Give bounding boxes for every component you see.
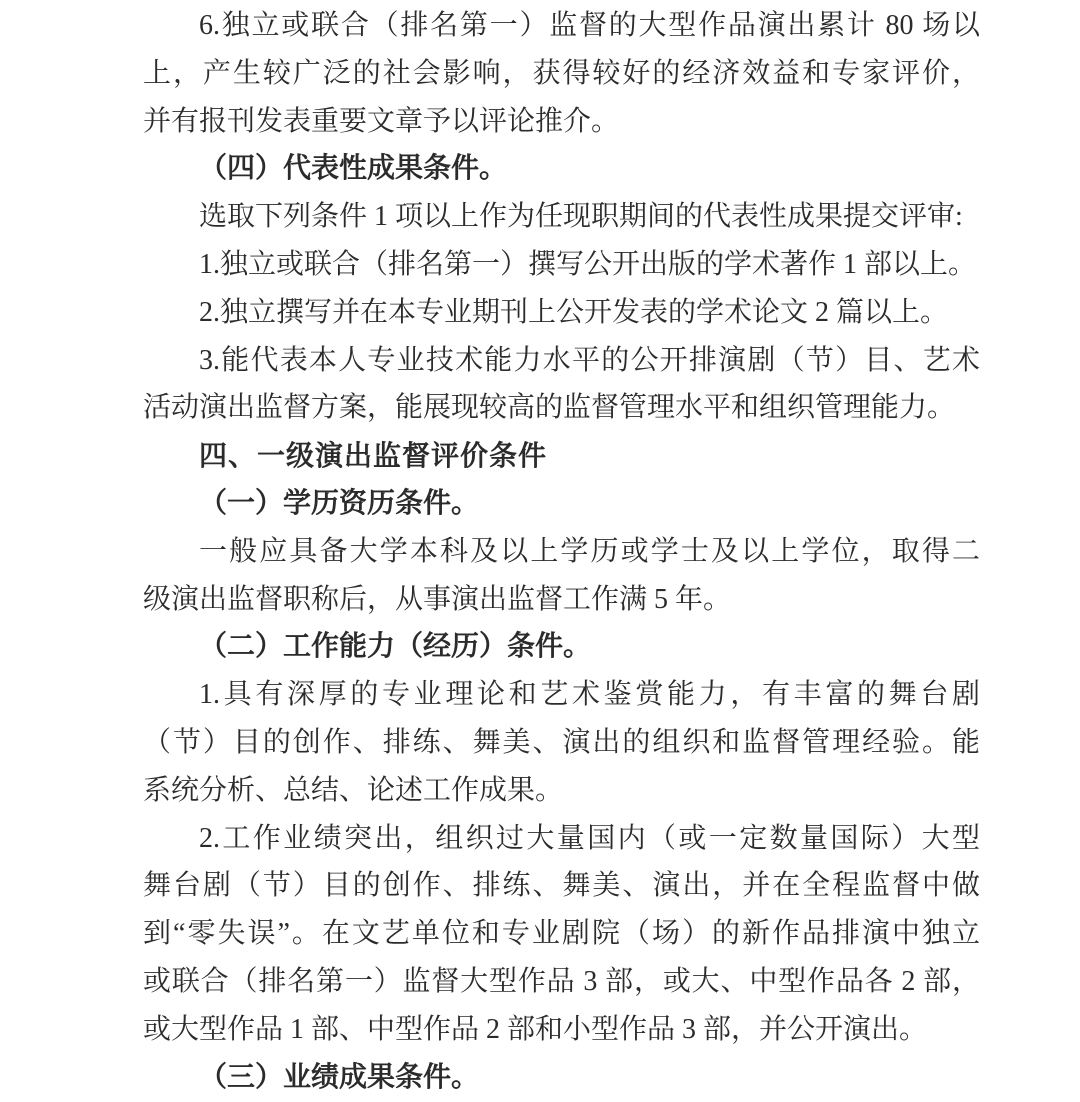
text-line: 上，产生较广泛的社会影响，获得较好的经济效益和专家评价，	[143, 50, 980, 98]
paragraph-heading-sub: （四）代表性成果条件。	[143, 145, 980, 193]
text-line: 并有报刊发表重要文章予以评论推介。	[143, 98, 980, 146]
text-line: 系统分析、总结、论述工作成果。	[143, 767, 980, 815]
text-line: 6.独立或联合（排名第一）监督的大型作品演出累计 80 场以	[143, 2, 980, 50]
text-line: 或联合（排名第一）监督大型作品 3 部，或大、中型作品各 2 部，	[143, 958, 980, 1006]
paragraph-heading-sub: （三）业绩成果条件。	[143, 1054, 980, 1102]
text-line: 1.独立或联合（排名第一）撰写公开出版的学术著作 1 部以上。	[143, 241, 980, 289]
text-line: （节）目的创作、排练、舞美、演出的组织和监督管理经验。能	[143, 719, 980, 767]
text-line: 1.具有深厚的专业理论和艺术鉴赏能力，有丰富的舞台剧	[143, 671, 980, 719]
text-line: 舞台剧（节）目的创作、排练、舞美、演出，并在全程监督中做	[143, 862, 980, 910]
paragraph-body: 1.具有深厚的专业理论和艺术鉴赏能力，有丰富的舞台剧（节）目的创作、排练、舞美、…	[143, 671, 980, 814]
text-line: 活动演出监督方案，能展现较高的监督管理水平和组织管理能力。	[143, 384, 980, 432]
document-page: 6.独立或联合（排名第一）监督的大型作品演出累计 80 场以上，产生较广泛的社会…	[0, 0, 1080, 1102]
text-line: 2.独立撰写并在本专业期刊上公开发表的学术论文 2 篇以上。	[143, 289, 980, 337]
paragraph-body: 1.独立或联合（排名第一）撰写公开出版的学术著作 1 部以上。	[143, 241, 980, 289]
text-line: （四）代表性成果条件。	[143, 145, 980, 193]
paragraph-body: 3.能代表本人专业技术能力水平的公开排演剧（节）目、艺术活动演出监督方案，能展现…	[143, 337, 980, 433]
text-line: 或大型作品 1 部、中型作品 2 部和小型作品 3 部，并公开演出。	[143, 1006, 980, 1054]
text-line: 级演出监督职称后，从事演出监督工作满 5 年。	[143, 576, 980, 624]
paragraph-heading-sub: （二）工作能力（经历）条件。	[143, 623, 980, 671]
text-line: 选取下列条件 1 项以上作为任现职期间的代表性成果提交评审:	[143, 193, 980, 241]
paragraph-heading-main: 四、一级演出监督评价条件	[143, 432, 980, 480]
paragraph-body: 2.独立撰写并在本专业期刊上公开发表的学术论文 2 篇以上。	[143, 289, 980, 337]
text-line: 四、一级演出监督评价条件	[143, 432, 980, 480]
text-line: 一般应具备大学本科及以上学历或学士及以上学位，取得二	[143, 528, 980, 576]
text-line: （一）学历资历条件。	[143, 480, 980, 528]
paragraph-body: 2.工作业绩突出，组织过大量国内（或一定数量国际）大型舞台剧（节）目的创作、排练…	[143, 815, 980, 1054]
paragraph-body: 选取下列条件 1 项以上作为任现职期间的代表性成果提交评审:	[143, 193, 980, 241]
paragraph-body: 6.独立或联合（排名第一）监督的大型作品演出累计 80 场以上，产生较广泛的社会…	[143, 2, 980, 145]
text-line: 到“零失误”。在文艺单位和专业剧院（场）的新作品排演中独立	[143, 910, 980, 958]
text-line: 3.能代表本人专业技术能力水平的公开排演剧（节）目、艺术	[143, 337, 980, 385]
text-line: （二）工作能力（经历）条件。	[143, 623, 980, 671]
text-line: （三）业绩成果条件。	[143, 1054, 980, 1102]
text-line: 2.工作业绩突出，组织过大量国内（或一定数量国际）大型	[143, 815, 980, 863]
paragraph-body: 一般应具备大学本科及以上学历或学士及以上学位，取得二级演出监督职称后，从事演出监…	[143, 528, 980, 624]
paragraph-heading-sub: （一）学历资历条件。	[143, 480, 980, 528]
